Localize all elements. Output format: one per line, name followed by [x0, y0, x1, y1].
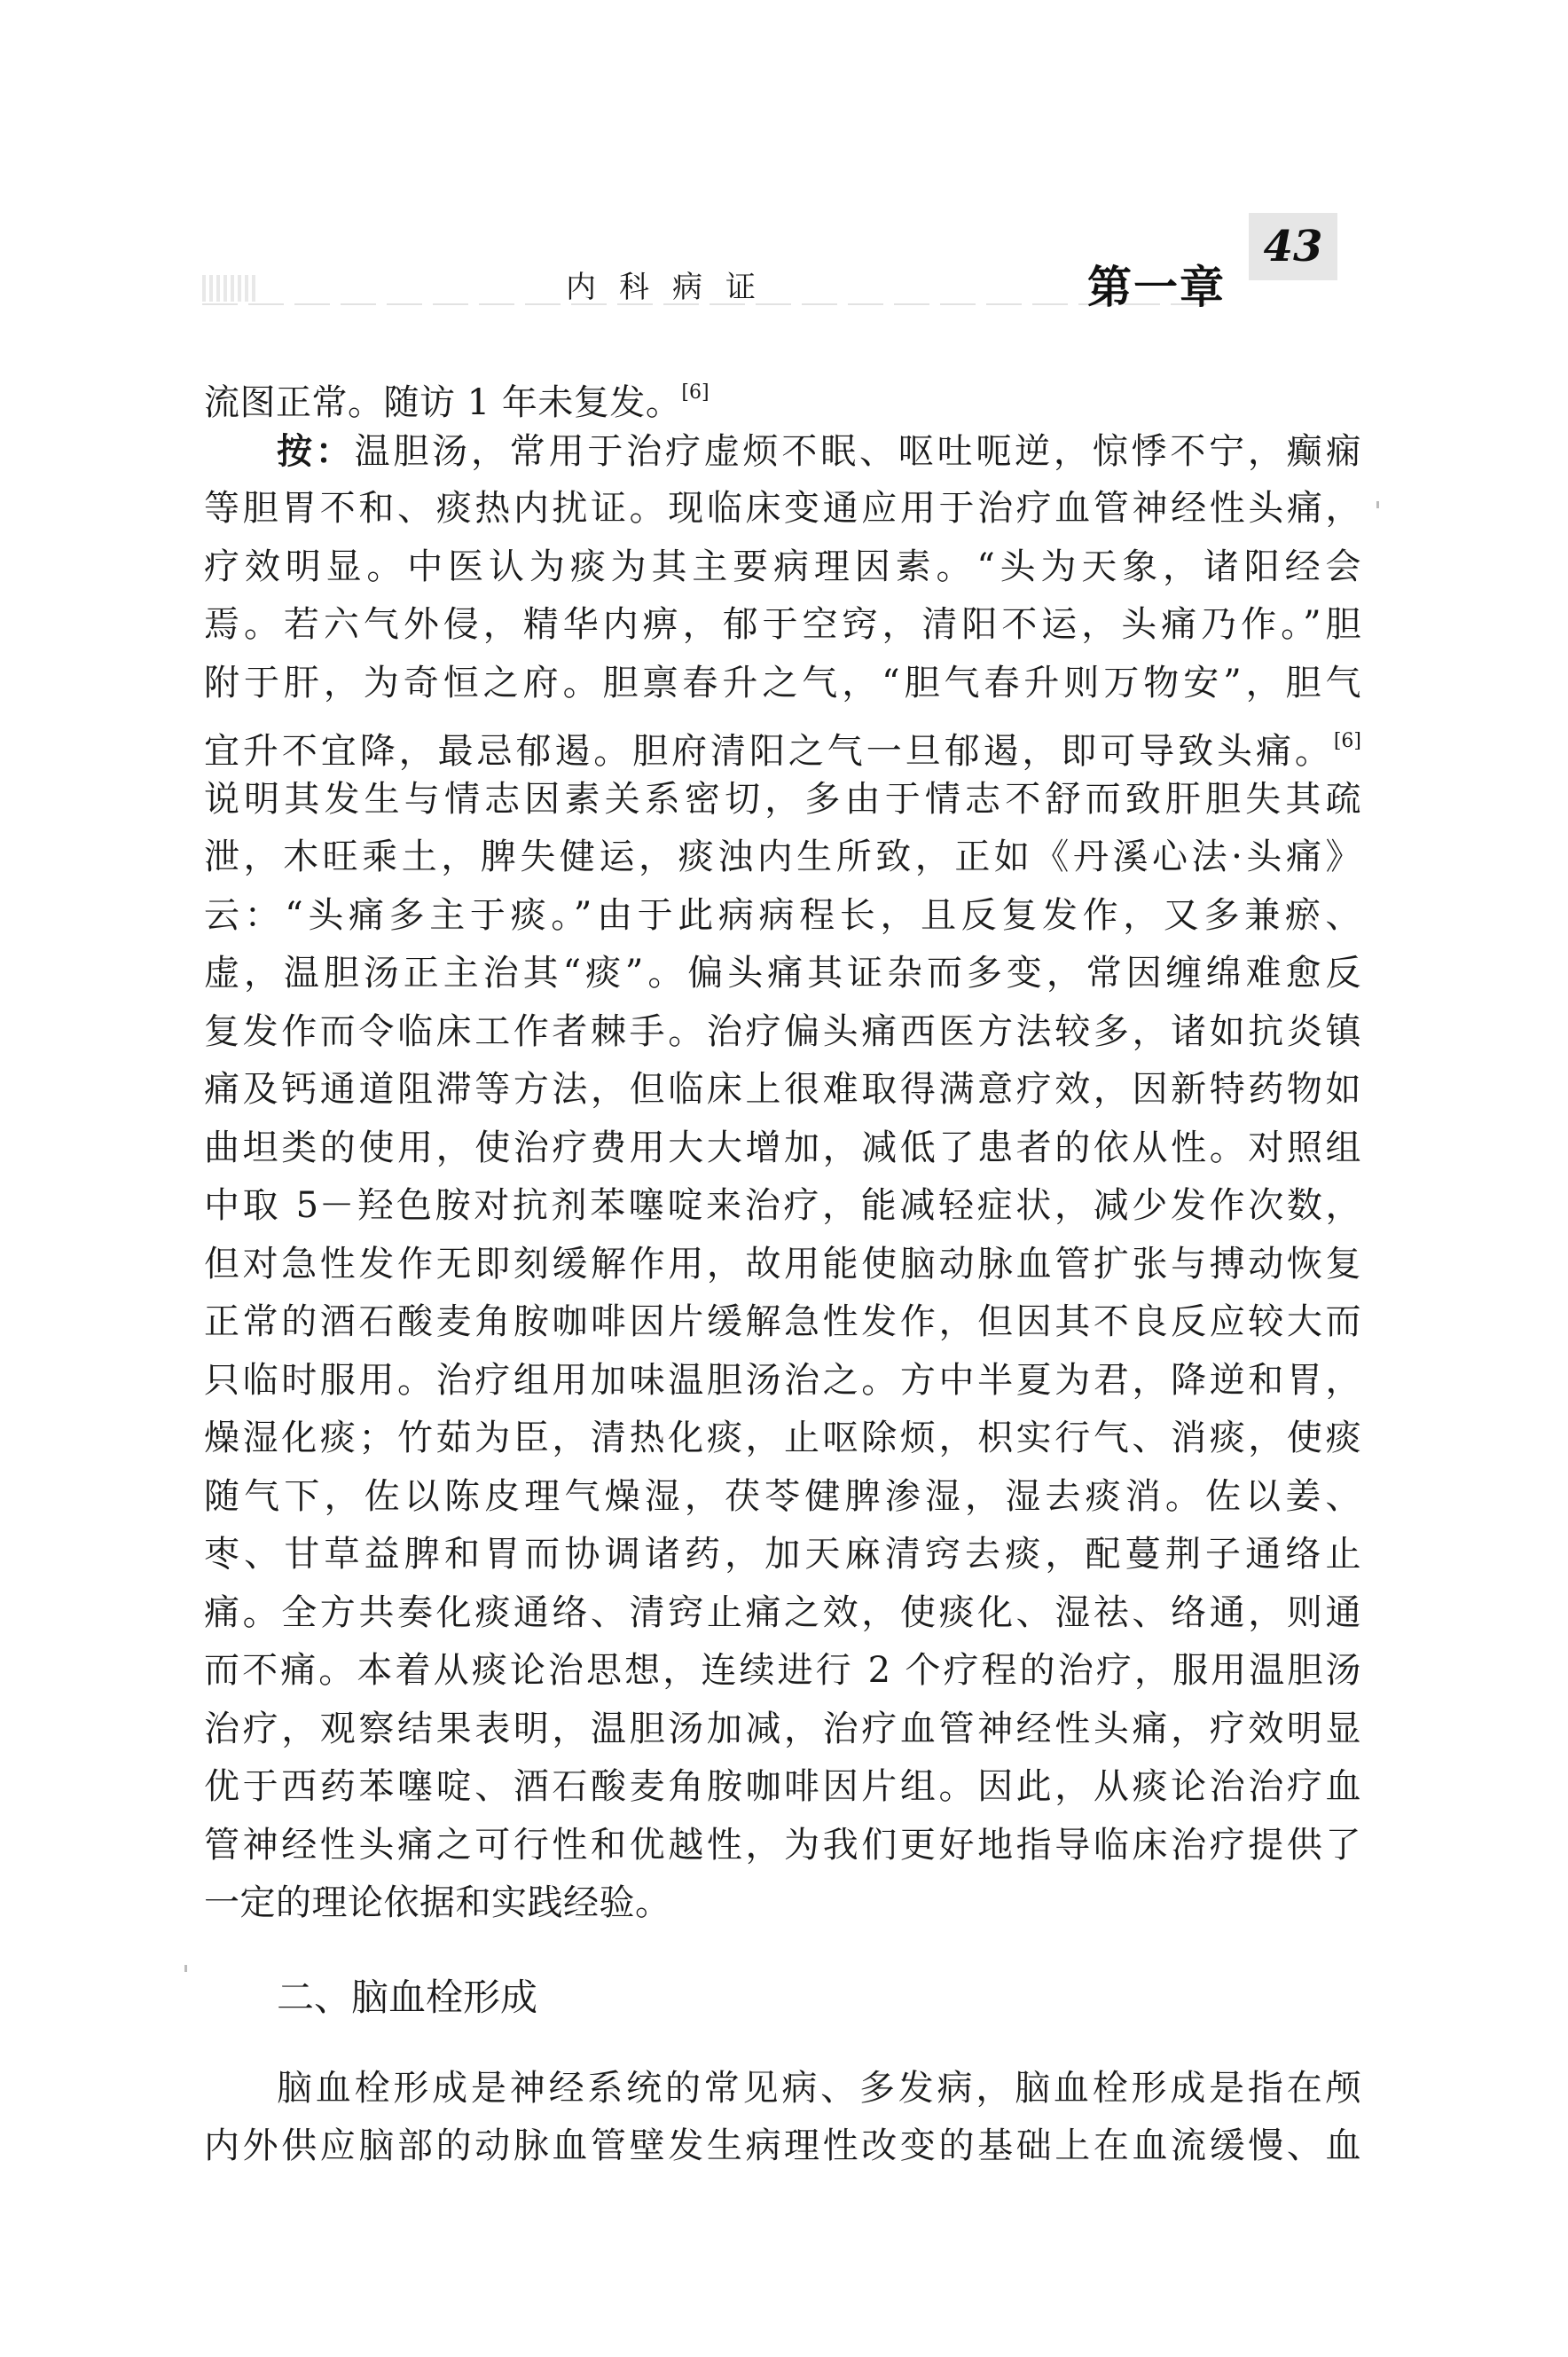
text-line: 而不痛。本着从痰论治思想，连续进行 2 个疗程的治疗，服用温胆汤 — [204, 1642, 1361, 1701]
text-line: 疗效明显。中医认为痰为其主要病理因素。“头为天象，诸阳经会 — [204, 538, 1361, 597]
text-line: 流图正常。随访 1 年未复发。[6] — [204, 364, 1361, 422]
running-title: 内科病证 — [566, 263, 779, 306]
text-line: 但对急性发作无即刻缓解作用，故用能使脑动脉血管扩张与搏动恢复 — [204, 1236, 1361, 1294]
line-text: 流图正常。随访 1 年未复发。 — [204, 382, 681, 423]
text-line: 曲坦类的使用，使治疗费用大大增加，减低了患者的依从性。对照组 — [204, 1120, 1361, 1178]
line-text: 宜升不宜降，最忌郁遏。胆府清阳之气一旦郁遏，即可导致头痛。 — [204, 731, 1334, 772]
text-line: 枣、甘草益脾和胃而协调诸药，加天麻清窍去痰，配蔓荆子通络止 — [204, 1526, 1361, 1584]
page-header: 内科病证 第一章 43 — [202, 248, 1364, 328]
scan-artifact — [184, 1965, 187, 1972]
text-line: 燥湿化痰；竹茹为臣，清热化痰，止呕除烦，枳实行气、消痰，使痰 — [204, 1410, 1361, 1468]
text-line: 管神经性头痛之可行性和优越性，为我们更好地指导临床治疗提供了 — [204, 1817, 1361, 1875]
text-line: 只临时服用。治疗组用加味温胆汤治之。方中半夏为君，降逆和胃， — [204, 1352, 1361, 1410]
text-line: 复发作而令临床工作者棘手。治疗偏头痛西医方法较多，诸如抗炎镇 — [204, 1003, 1361, 1062]
citation-marker: [6] — [681, 381, 709, 404]
text-line: 焉。若六气外侵，精华内痹，郁于空窍，清阳不运，头痛乃作。”胆 — [204, 596, 1361, 655]
text-line: 说明其发生与情志因素关系密切，多由于情志不舒而致肝胆失其疏 — [204, 771, 1361, 829]
text-line: 内外供应脑部的动脉血管壁发生病理性改变的基础上在血流缓慢、血 — [204, 2117, 1361, 2176]
commentary-lead: 按： — [277, 430, 355, 472]
text-line: 虚，温胆汤正主治其“痰”。偏头痛其证杂而多变，常因缠绵难愈反 — [204, 945, 1361, 1003]
text-line: 优于西药苯噻啶、酒石酸麦角胺咖啡因片组。因此，从痰论治治疗血 — [204, 1758, 1361, 1817]
text-line: 一定的理论依据和实践经验。 — [204, 1874, 1361, 1933]
page-number: 43 — [1249, 213, 1337, 280]
chapter-label: 第一章 — [1087, 252, 1226, 316]
text-line: 附于肝，为奇恒之府。胆禀春升之气，“胆气春升则万物安”，胆气 — [204, 655, 1361, 713]
text-line: 云：“头痛多主于痰。”由于此病病程长，且反复发作，又多兼瘀、 — [204, 887, 1361, 946]
scan-artifact — [1376, 501, 1379, 508]
text-line: 中取 5－羟色胺对抗剂苯噻啶来治疗，能减轻症状，减少发作次数， — [204, 1177, 1361, 1236]
text-line: 脑血栓形成是神经系统的常见病、多发病，脑血栓形成是指在颅 — [204, 2060, 1361, 2118]
text-line: 泄，木旺乘土，脾失健运，痰浊内生所致，正如《丹溪心法·头痛》 — [204, 829, 1361, 887]
text-line: 等胆胃不和、痰热内扰证。现临床变通应用于治疗血管神经性头痛， — [204, 480, 1361, 538]
body-text: 流图正常。随访 1 年未复发。[6] 按：温胆汤，常用于治疗虚烦不眠、呕吐呃逆，… — [204, 364, 1361, 2176]
text-line: 痛及钙通道阻滞等方法，但临床上很难取得满意疗效，因新特药物如 — [204, 1061, 1361, 1120]
text-line: 痛。全方共奏化痰通络、清窍止痛之效，使痰化、湿祛、络通，则通 — [204, 1584, 1361, 1643]
text-line: 随气下，佐以陈皮理气燥湿，茯苓健脾渗湿，湿去痰消。佐以姜、 — [204, 1468, 1361, 1527]
text-line: 按：温胆汤，常用于治疗虚烦不眠、呕吐呃逆，惊悸不宁，癫痫 — [204, 422, 1361, 481]
text-line: 正常的酒石酸麦角胺咖啡因片缓解急性发作，但因其不良反应较大而 — [204, 1293, 1361, 1352]
text-line: 宜升不宜降，最忌郁遏。胆府清阳之气一旦郁遏，即可导致头痛。[6] — [204, 712, 1361, 771]
line-text: 温胆汤，常用于治疗虚烦不眠、呕吐呃逆，惊悸不宁，癫痫 — [355, 431, 1361, 472]
header-ornament — [202, 275, 255, 302]
text-line: 治疗，观察结果表明，温胆汤加减，治疗血管神经性头痛，疗效明显 — [204, 1701, 1361, 1759]
citation-marker: [6] — [1334, 730, 1361, 752]
section-heading: 二、脑血栓形成 — [204, 1968, 1361, 2026]
